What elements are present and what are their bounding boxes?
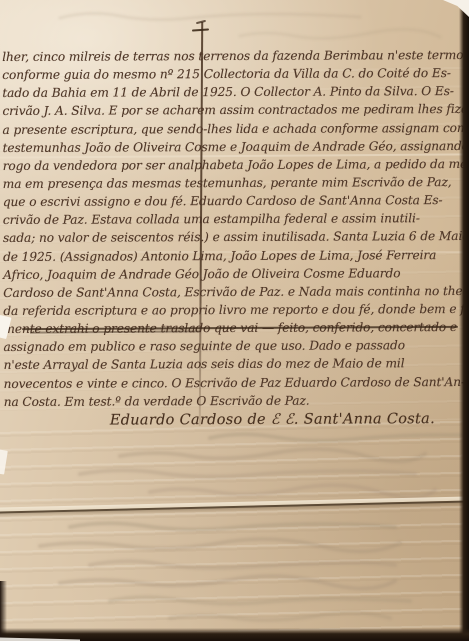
handwritten-line: novecentos e vinte e cinco. O Escrivão d… — [4, 373, 460, 393]
photo-edge-right — [459, 0, 469, 641]
handwritten-line: lher, cinco milreis de terras nos terren… — [2, 46, 458, 66]
handwritten-line: crivão J. A. Silva. E por se acharem ass… — [2, 100, 458, 120]
handwritten-line: assignado em publico e raso seguinte de … — [3, 336, 459, 356]
handwritten-text-block: lher, cinco milreis de terras nos terren… — [2, 46, 460, 430]
handwritten-line: conforme guia do mesmo nº 215 Collectori… — [2, 64, 458, 84]
handwritten-line: de 1925. (Assignados) Antonio Lima, João… — [3, 246, 459, 266]
photo-edge-bottom — [0, 628, 469, 641]
photo-edge-left — [0, 581, 7, 641]
handwritten-line: a presente escriptura, que sendo-lhes li… — [2, 119, 458, 139]
handwritten-line: na Costa. Em test.º da verdade O Escrivã… — [4, 391, 460, 411]
handwritten-line: da referida escriptura e ao proprio livr… — [3, 300, 459, 320]
handwritten-line: testemunhas João de Oliveira Cosme e Joa… — [3, 137, 459, 157]
signature-line: Eduardo Cardoso de ℰ ℰ. Sant'Anna Costa. — [4, 410, 460, 430]
handwritten-line: rogo da vendedora por ser analphabeta Jo… — [3, 155, 459, 175]
handwritten-line: Cardoso de Sant'Anna Costa, Escrivão de … — [3, 282, 459, 302]
handwritten-line: sada; no valor de seiscentos réis.) e as… — [3, 227, 459, 247]
handwritten-line: Africo, Joaquim de Andrade Géo João de O… — [3, 264, 459, 284]
scanned-document-photo: lher, cinco milreis de terras nos terren… — [0, 0, 469, 641]
paper-texture-lower — [0, 420, 469, 632]
handwritten-line: ma em presença das mesmas testemunhas, p… — [3, 173, 459, 193]
handwritten-line: crivão de Paz. Estava collada uma estamp… — [3, 209, 459, 229]
handwritten-line: tado da Bahia em 11 de Abril de 1925. O … — [2, 82, 458, 102]
handwritten-line: n'este Arrayal de Santa Luzia aos seis d… — [4, 354, 460, 374]
handwritten-line: que o escrivi assigno e dou fé. Eduardo … — [3, 191, 459, 211]
